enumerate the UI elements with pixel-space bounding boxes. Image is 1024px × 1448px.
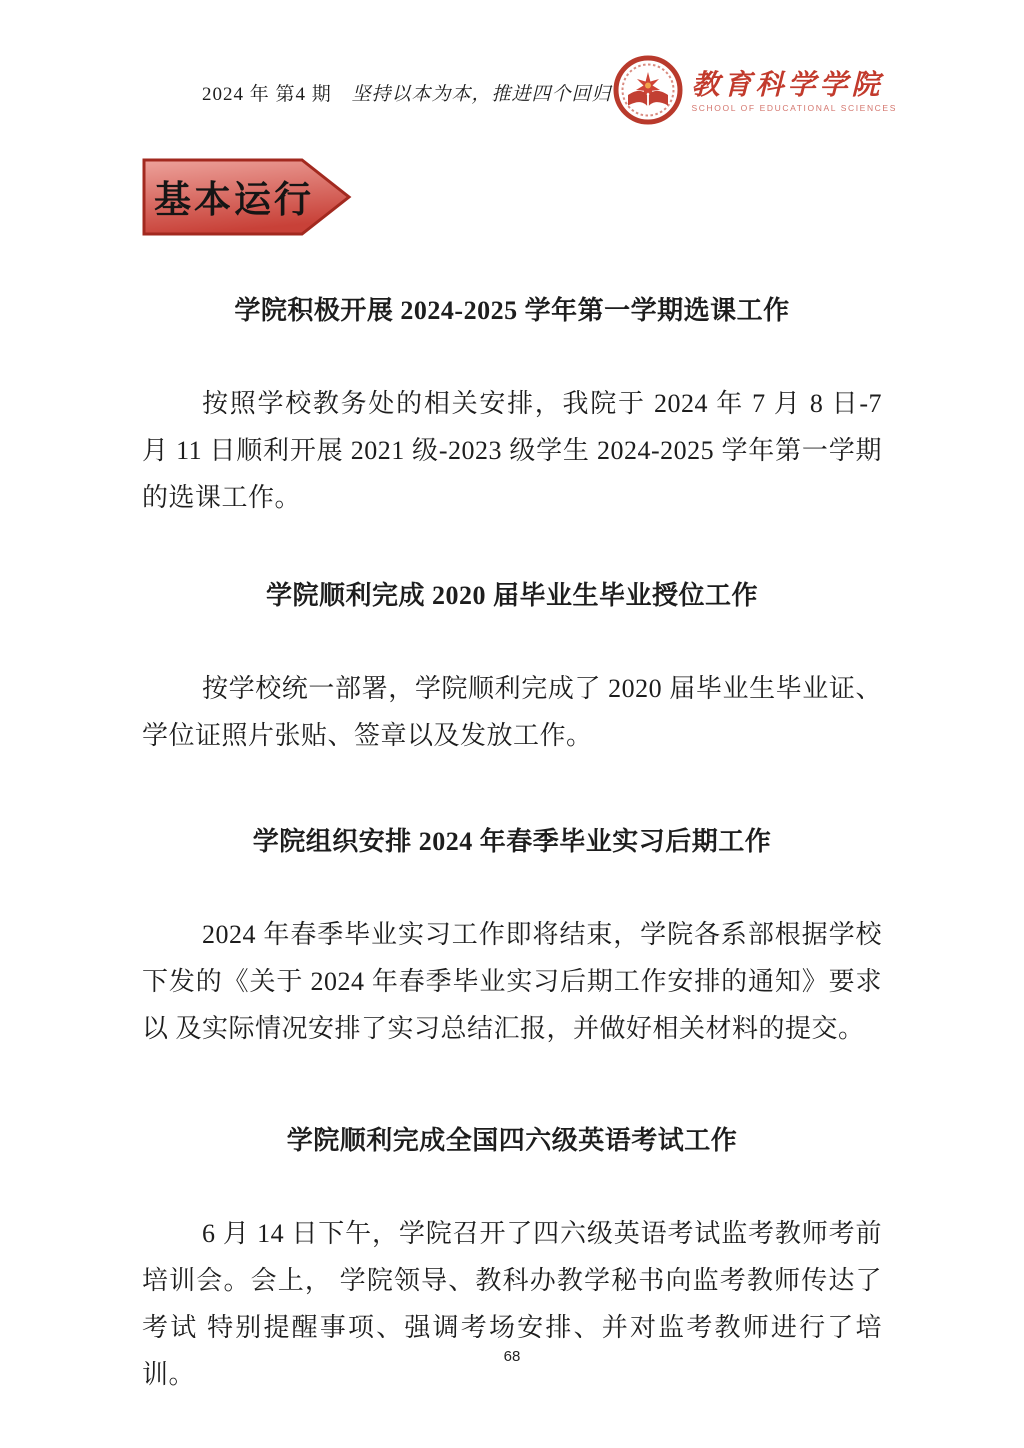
issue-info: 2024 年 第4 期 bbox=[202, 84, 332, 105]
logo-name-en: SCHOOL OF EDUCATIONAL SCIENCES bbox=[692, 104, 897, 113]
logo-name-cn: 教育科学学院 bbox=[692, 72, 897, 100]
document-page: 2024 年 第4 期 坚持以本为本，推进四个回归 bbox=[0, 0, 1024, 1448]
header-slogan: 坚持以本为本，推进四个回归 bbox=[352, 84, 612, 105]
header-issue-line: 2024 年 第4 期 坚持以本为本，推进四个回归 bbox=[142, 79, 612, 106]
article-title: 学院积极开展 2024-2025 学年第一学期选课工作 bbox=[142, 294, 882, 328]
page-header: 2024 年 第4 期 坚持以本为本，推进四个回归 bbox=[142, 0, 882, 130]
article-body: 按学校统一部署，学院顺利完成了 2020 届毕业生毕业证、学位证照片张贴、签章以… bbox=[142, 665, 882, 759]
banner-label: 基本运行 bbox=[154, 169, 314, 223]
article-title: 学院顺利完成 2020 届毕业生毕业授位工作 bbox=[142, 579, 882, 613]
school-logo: 教育科学学院 SCHOOL OF EDUCATIONAL SCIENCES bbox=[612, 54, 897, 131]
article-title: 学院组织安排 2024 年春季毕业实习后期工作 bbox=[142, 825, 882, 859]
articles-list: 学院积极开展 2024-2025 学年第一学期选课工作 按照学校教务处的相关安排… bbox=[142, 294, 882, 1398]
section-banner: 基本运行 bbox=[142, 158, 352, 236]
school-emblem-icon bbox=[612, 54, 684, 131]
article-title: 学院顺利完成全国四六级英语考试工作 bbox=[142, 1124, 882, 1158]
article-body: 6 月 14 日下午，学院召开了四六级英语考试监考教师考前培训会。会上， 学院领… bbox=[142, 1210, 882, 1398]
article-degree-conferral: 学院顺利完成 2020 届毕业生毕业授位工作 按学校统一部署，学院顺利完成了 2… bbox=[142, 579, 882, 759]
article-body: 按照学校教务处的相关安排，我院于 2024 年 7 月 8 日-7 月 11 日… bbox=[142, 380, 882, 521]
logo-text: 教育科学学院 SCHOOL OF EDUCATIONAL SCIENCES bbox=[692, 72, 897, 113]
article-internship-arrangement: 学院组织安排 2024 年春季毕业实习后期工作 2024 年春季毕业实习工作即将… bbox=[142, 825, 882, 1052]
page-number: 68 bbox=[504, 1348, 521, 1365]
article-course-selection: 学院积极开展 2024-2025 学年第一学期选课工作 按照学校教务处的相关安排… bbox=[142, 294, 882, 521]
page-footer: 68 bbox=[0, 1348, 1024, 1366]
article-body: 2024 年春季毕业实习工作即将结束，学院各系部根据学校下发的《关于 2024 … bbox=[142, 911, 882, 1052]
